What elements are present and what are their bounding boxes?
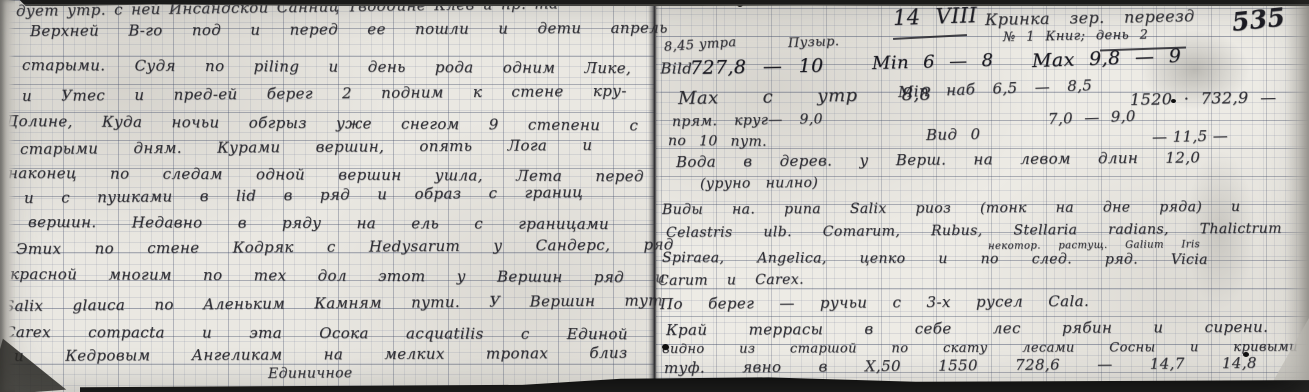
ink-speck xyxy=(1243,352,1249,357)
notebook-scan: дует утр. с ней Инсандской Санниц Тводди… xyxy=(0,0,1309,392)
entry-title: Кринка зер. переезд xyxy=(985,6,1195,29)
handwriting-line: Carum и Carex. xyxy=(658,272,804,289)
handwriting-line: Пузыр. xyxy=(788,34,840,51)
handwriting-line: Единичное xyxy=(268,365,353,382)
handwriting-line: вершин. Недавно в ряду на ель с границам… xyxy=(28,213,609,233)
handwriting-line: прям. круг— 9,0 xyxy=(672,111,823,130)
handwriting-line: Max с утр 8,8 xyxy=(678,84,932,109)
handwriting-line: Spiraea, Angelica, цепко и по след. ряд.… xyxy=(662,250,1208,268)
handwriting-line: Верхней В-го под и перед ее пошли и дети… xyxy=(30,19,668,40)
handwriting-line: Carex compacta и эта Осока acquatilis с … xyxy=(4,323,628,343)
handwriting-line: Вид 0 xyxy=(926,125,981,144)
handwriting-line: Край террасы в себе лес рябин и сирени. … xyxy=(666,317,1309,339)
page-gutter xyxy=(648,0,662,392)
handwriting-line: и Кедровым Ангеликам на мелких тропах бл… xyxy=(14,344,628,365)
handwriting-line: По берег — ручьи с 3-х русел Cala. xyxy=(660,292,1089,313)
left-page-edge xyxy=(0,0,15,392)
ink-speck xyxy=(662,344,669,350)
handwriting-line: 727,8 — 10 xyxy=(690,55,824,79)
handwriting-line: (уруно нилно) xyxy=(700,175,818,192)
entry-subtitle: № 1 Книг; день 2 xyxy=(1003,27,1149,45)
handwriting-line: некотор. растущ. Galium Iris xyxy=(988,239,1200,252)
handwriting-line: Min 6 — 8 xyxy=(872,50,994,74)
handwriting-line: красной многим по тех дол этот у Вершин … xyxy=(10,265,665,286)
entry-date: 14 VIII xyxy=(893,3,978,30)
handwriting-line: наконец по следам одной вершин ушла, Лет… xyxy=(8,164,644,185)
handwriting-line: 7,0 — 9,0 xyxy=(1048,107,1136,128)
handwriting-line: — 11,5 — xyxy=(1152,127,1228,146)
handwriting-line: по 10 пут. xyxy=(668,133,767,150)
page-number: 535 xyxy=(1230,2,1286,36)
handwriting-line: 1520 · 732,9 — xyxy=(1130,87,1277,109)
handwriting-line: старыми. Судя по piling и день рода одни… xyxy=(22,56,692,78)
ink-speck xyxy=(1171,99,1176,103)
handwriting-line: Виды на. рипа Salix риоз (тонк на дне ря… xyxy=(662,199,1241,218)
